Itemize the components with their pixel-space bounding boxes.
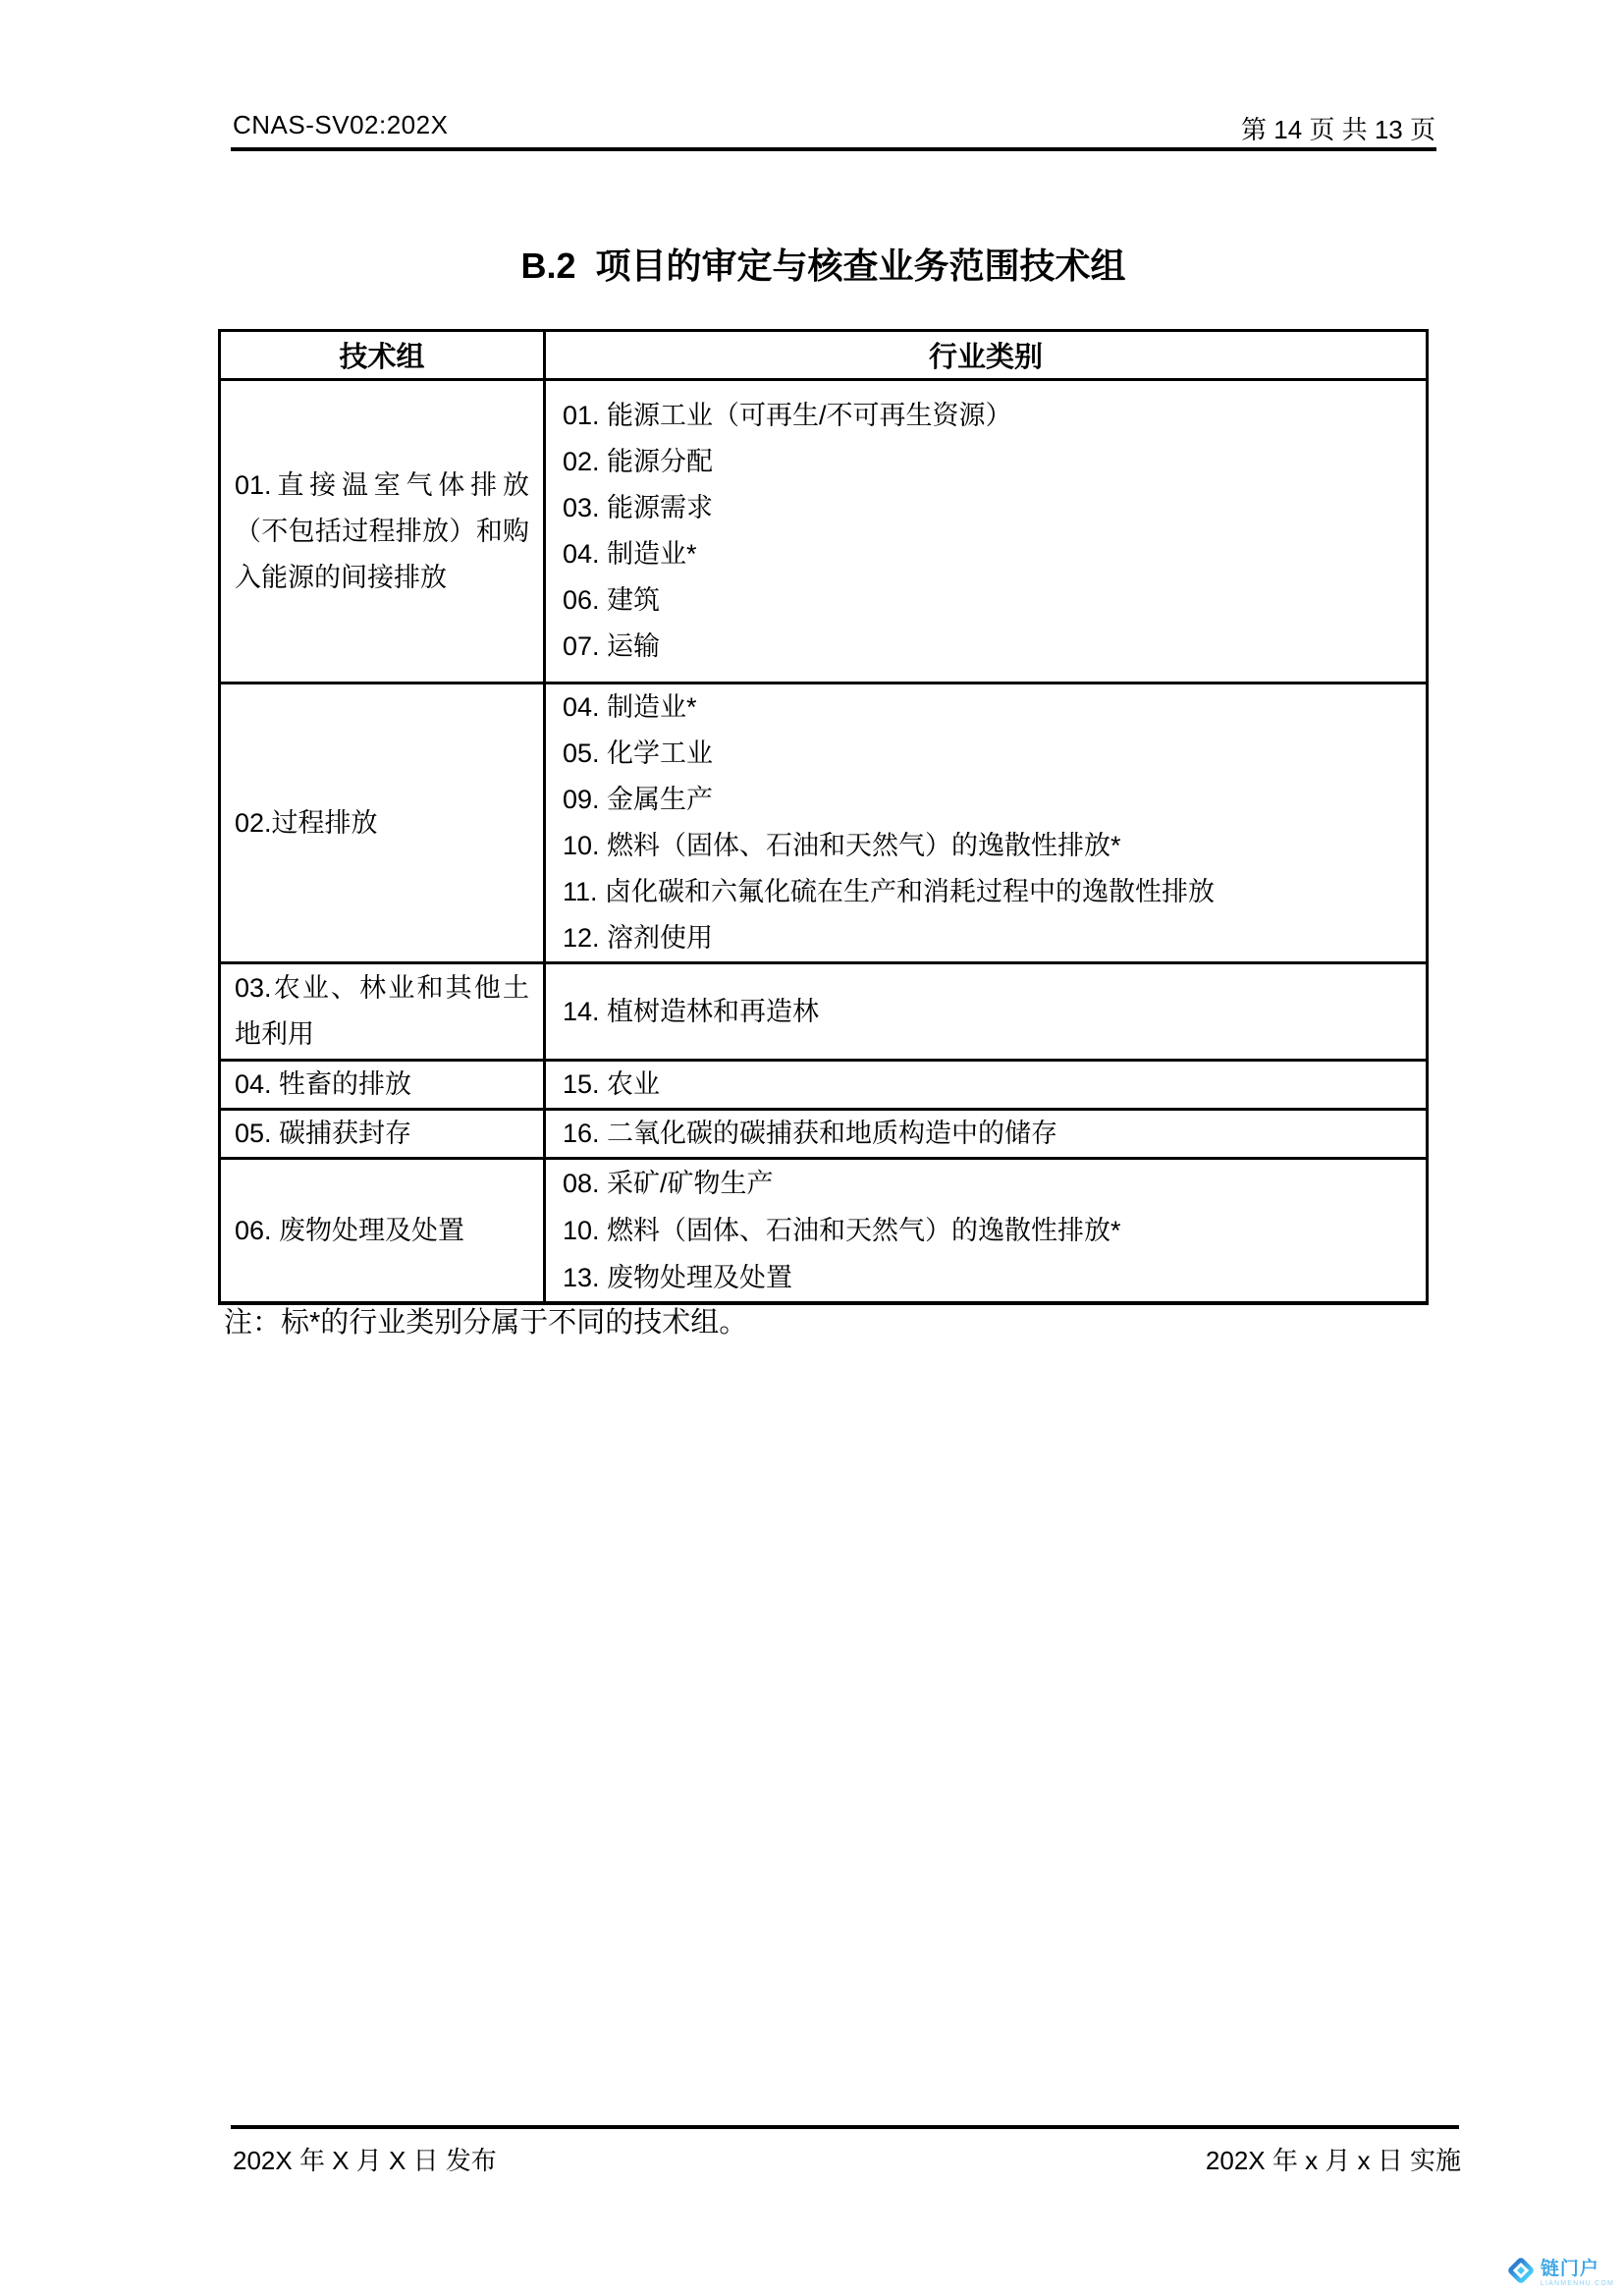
industry-item: 10. 燃料（固体、石油和天然气）的逸散性排放* — [563, 1207, 1416, 1254]
watermark-lianmenhu: 链门户 LIANMENHU.COM — [1506, 2256, 1614, 2290]
tech-group-cell: 01.直接温室气体排放（不包括过程排放）和购入能源的间接排放 — [220, 380, 545, 683]
industry-category-cell: 14. 植树造林和再造林 — [545, 963, 1428, 1061]
industry-item: 10. 燃料（固体、石油和天然气）的逸散性排放* — [563, 823, 1416, 869]
tech-group-cell: 03.农业、林业和其他土地利用 — [220, 963, 545, 1061]
table-row: 03.农业、林业和其他土地利用 14. 植树造林和再造林 — [220, 963, 1428, 1061]
industry-category-cell: 04. 制造业* 05. 化学工业 09. 金属生产 10. 燃料（固体、石油和… — [545, 683, 1428, 963]
industry-item: 12. 溶剂使用 — [563, 915, 1416, 961]
document-page: CNAS-SV02:202X 第 14 页 共 13 页 B.2 项目的审定与核… — [0, 0, 1624, 2296]
industry-item: 13. 废物处理及处置 — [563, 1254, 1416, 1301]
industry-item: 04. 制造业* — [563, 684, 1416, 731]
industry-item: 14. 植树造林和再造林 — [563, 989, 1416, 1035]
industry-item: 03. 能源需求 — [563, 485, 1416, 531]
header-rule — [231, 147, 1436, 151]
industry-item: 06. 建筑 — [563, 577, 1416, 624]
industry-item: 15. 农业 — [563, 1062, 1416, 1108]
industry-item: 09. 金属生产 — [563, 777, 1416, 823]
table-header-row: 技术组 行业类别 — [220, 331, 1428, 380]
table-row: 05. 碳捕获封存 16. 二氧化碳的碳捕获和地质构造中的储存 — [220, 1110, 1428, 1159]
tech-group-cell: 02.过程排放 — [220, 683, 545, 963]
watermark-brand-text: 链门户 — [1541, 2260, 1614, 2278]
doc-code: CNAS-SV02:202X — [233, 110, 448, 140]
scope-table: 技术组 行业类别 01.直接温室气体排放（不包括过程排放）和购入能源的间接排放 … — [218, 329, 1429, 1305]
footer-rule — [231, 2125, 1459, 2129]
table-row: 02.过程排放 04. 制造业* 05. 化学工业 09. 金属生产 10. 燃… — [220, 683, 1428, 963]
implement-date: 202X 年 x 月 x 日 实施 — [1206, 2141, 1461, 2177]
table-row: 01.直接温室气体排放（不包括过程排放）和购入能源的间接排放 01. 能源工业（… — [220, 380, 1428, 683]
industry-item: 16. 二氧化碳的碳捕获和地质构造中的储存 — [563, 1111, 1416, 1157]
industry-category-cell: 16. 二氧化碳的碳捕获和地质构造中的储存 — [545, 1110, 1428, 1159]
industry-category-cell: 01. 能源工业（可再生/不可再生资源） 02. 能源分配 03. 能源需求 0… — [545, 380, 1428, 683]
industry-item: 07. 运输 — [563, 624, 1416, 670]
column-header-tech-group: 技术组 — [220, 331, 545, 380]
industry-item: 08. 采矿/矿物生产 — [563, 1160, 1416, 1207]
tech-group-cell: 05. 碳捕获封存 — [220, 1110, 545, 1159]
page-number: 第 14 页 共 13 页 — [1241, 110, 1435, 146]
section-title: B.2 项目的审定与核查业务范围技术组 — [218, 239, 1429, 289]
tech-group-cell: 04. 牲畜的排放 — [220, 1061, 545, 1110]
industry-item: 05. 化学工业 — [563, 731, 1416, 777]
industry-item: 11. 卤化碳和六氟化硫在生产和消耗过程中的逸散性排放 — [563, 869, 1416, 915]
industry-item: 02. 能源分配 — [563, 439, 1416, 485]
industry-item: 01. 能源工业（可再生/不可再生资源） — [563, 393, 1416, 439]
watermark-domain-text: LIANMENHU.COM — [1541, 2280, 1614, 2287]
column-header-industry-category: 行业类别 — [545, 331, 1428, 380]
industry-category-cell: 15. 农业 — [545, 1061, 1428, 1110]
lianmenhu-logo-icon — [1506, 2256, 1536, 2290]
tech-group-cell: 06. 废物处理及处置 — [220, 1159, 545, 1304]
industry-item: 04. 制造业* — [563, 531, 1416, 577]
table-note: 注：标*的行业类别分属于不同的技术组。 — [224, 1300, 747, 1340]
table-row: 04. 牲畜的排放 15. 农业 — [220, 1061, 1428, 1110]
publish-date: 202X 年 X 月 X 日 发布 — [233, 2141, 497, 2177]
table-row: 06. 废物处理及处置 08. 采矿/矿物生产 10. 燃料（固体、石油和天然气… — [220, 1159, 1428, 1304]
industry-category-cell: 08. 采矿/矿物生产 10. 燃料（固体、石油和天然气）的逸散性排放* 13.… — [545, 1159, 1428, 1304]
